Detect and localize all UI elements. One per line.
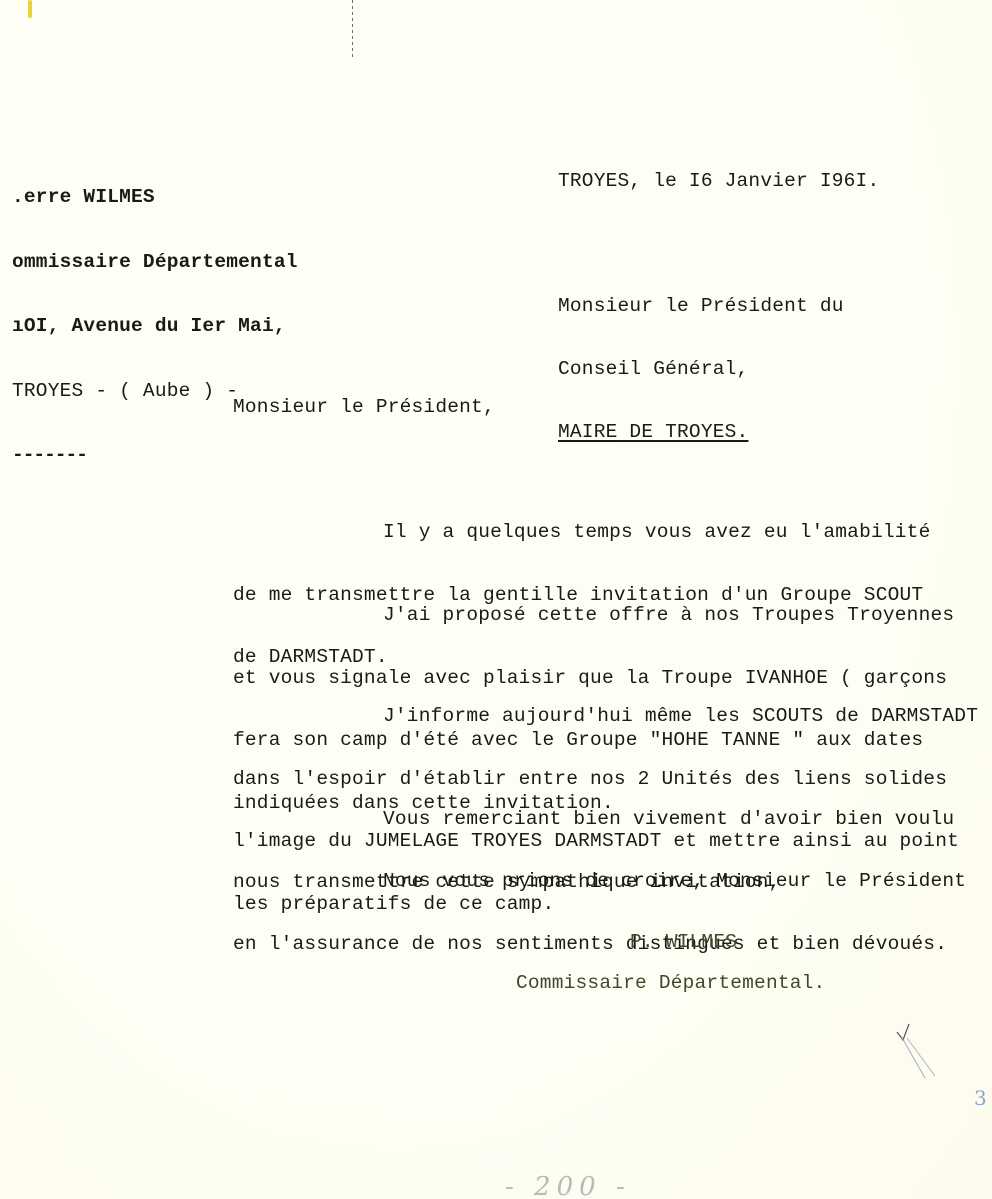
paragraph-line: J'ai proposé cette offre à nos Troupes T… xyxy=(233,605,992,626)
sender-role: ommissaire Départemental xyxy=(12,252,298,275)
recipient-block: Monsieur le Président du Conseil Général… xyxy=(558,254,844,485)
paragraph-line: Nous vous prions de croire, Monsieur le … xyxy=(233,871,992,892)
paragraph-line: en l'assurance de nos sentiments disting… xyxy=(233,934,992,955)
paragraph-line: J'informe aujourd'hui même les SCOUTS de… xyxy=(233,706,992,727)
recipient-line-2: Conseil Général, xyxy=(558,359,844,380)
staple-mark xyxy=(28,0,32,18)
fold-line xyxy=(352,0,353,60)
pencil-check-mark-icon xyxy=(895,1022,945,1082)
recipient-line-3: MAIRE DE TROYES. xyxy=(558,422,844,443)
recipient-line-1: Monsieur le Président du xyxy=(558,296,844,317)
date-line: TROYES, le I6 Janvier I96I. xyxy=(558,171,879,192)
paragraph-line: Vous remerciant bien vivement d'avoir bi… xyxy=(233,809,992,830)
paragraph-line: Il y a quelques temps vous avez eu l'ama… xyxy=(233,522,992,543)
sender-address: ıOI, Avenue du Ier Mai, xyxy=(12,316,298,339)
body-paragraph-5: Nous vous prions de croire, Monsieur le … xyxy=(233,829,992,996)
page-number: - 200 - xyxy=(505,1172,631,1199)
sender-name: .erre WILMES xyxy=(12,187,298,210)
margin-number: 3 xyxy=(974,1086,987,1110)
signature-name: P. WILMES xyxy=(630,932,737,953)
letter-page: .erre WILMES ommissaire Départemental ıO… xyxy=(0,0,992,1199)
salutation: Monsieur le Président, xyxy=(233,397,495,418)
sender-block: .erre WILMES ommissaire Départemental ıO… xyxy=(12,145,298,510)
sender-separator: ------- xyxy=(12,445,298,468)
signature-title: Commissaire Départemental. xyxy=(516,973,825,994)
